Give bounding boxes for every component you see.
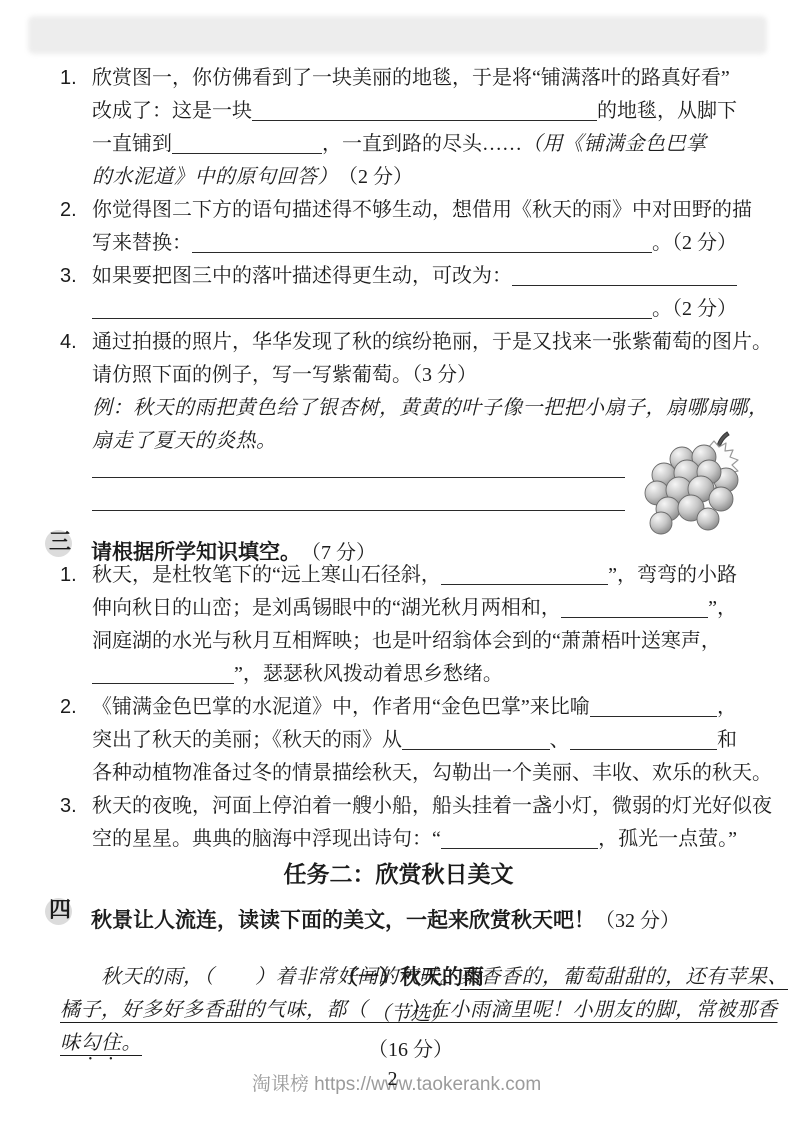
section-four-header: 四 秋景让人流连，读读下面的美文，一起来欣赏秋天吧！ （32 分） <box>47 892 737 927</box>
text-segment: 通过拍摄的照片，华华发现了秋的缤纷艳丽，于是又找来一张紫葡萄的图片。 <box>92 326 772 359</box>
question: 2.你觉得图二下方的语句描述得不够生动，想借用《秋天的雨》中对田野的描写来替换：… <box>60 194 737 260</box>
answer-blank[interactable] <box>590 701 717 717</box>
text-segment: 、 <box>550 724 570 757</box>
question: 3.如果要把图三中的落叶描述得更生动，可改为：。（2 分） <box>60 260 737 326</box>
text-line: 一直铺到，一直到路的尽头……（用《铺满金色巴掌 <box>92 128 737 161</box>
text-segment: 空的星星。典典的脑海中浮现出诗句：“ <box>92 823 441 856</box>
text-segment: 。（2 分） <box>652 227 737 260</box>
text-segment: 各种动植物准备过冬的情景描绘秋天，勾勒出一个美丽、丰收、欢乐的秋天。 <box>92 757 772 790</box>
text-line: 欣赏图一，你仿佛看到了一块美丽的地毯，于是将“铺满落叶的路真好看” <box>92 62 737 95</box>
text-line: 《铺满金色巴掌的水泥道》中，作者用“金色巴掌”来比喻， <box>92 691 737 724</box>
page-number: 2 <box>388 1068 398 1091</box>
text-segment: 突出了秋天的美丽；《秋天的雨》从 <box>92 724 402 757</box>
question-number: 2. <box>60 691 92 790</box>
answer-blank[interactable] <box>402 734 550 750</box>
question: 1.秋天，是杜牧笔下的“远上寒山石径斜，”，弯弯的小路伸向秋日的山峦；是刘禹锡眼… <box>60 559 737 691</box>
question-number: 4. <box>60 326 92 524</box>
text-segment: ，一直到路的尽头…… <box>322 128 522 161</box>
task2-title: 任务二：欣赏秋日美文 <box>60 856 737 892</box>
section-three-questions: 1.秋天，是杜牧笔下的“远上寒山石径斜，”，弯弯的小路伸向秋日的山峦；是刘禹锡眼… <box>60 559 737 856</box>
grape-cluster-illustration <box>630 426 748 538</box>
text-segment: 请仿照下面的例子，写一写紫葡萄。（3 分） <box>92 359 477 392</box>
text-segment: 写来替换： <box>92 227 192 260</box>
section-four-badge: 四 <box>47 892 91 927</box>
text-line: 你觉得图二下方的语句描述得不够生动，想借用《秋天的雨》中对田野的描 <box>92 194 737 227</box>
text-segment: 秋天，是杜牧笔下的“远上寒山石径斜， <box>92 559 441 592</box>
answer-blank[interactable] <box>172 138 322 154</box>
answer-blank[interactable] <box>192 237 652 253</box>
question-body: 你觉得图二下方的语句描述得不够生动，想借用《秋天的雨》中对田野的描写来替换：。（… <box>92 194 737 260</box>
answer-blank[interactable] <box>570 734 718 750</box>
text-segment: ”，弯弯的小路 <box>608 559 737 592</box>
text-line: 。（2 分） <box>92 293 737 326</box>
answer-blank[interactable] <box>92 303 652 319</box>
kai-text-segment: 的水泥道》中的原句回答） <box>92 161 338 194</box>
text-segment: 你觉得图二下方的语句描述得不够生动，想借用《秋天的雨》中对田野的描 <box>92 194 752 227</box>
page-footer: 淘课榜 https://www.taokerank.com 2 <box>0 1069 793 1095</box>
text-segment: 洞庭湖的水光与秋月互相辉映；也是叶绍翁体会到的“萧萧梧叶送寒声， <box>92 625 721 658</box>
text-line: 空的星星。典典的脑海中浮现出诗句：“，孤光一点萤。” <box>92 823 737 856</box>
text-line: 橘子，好多好多香甜的气味，都（ ）在小雨滴里呢！小朋友的脚，常被那香 <box>60 994 737 1027</box>
question-number: 3. <box>60 790 92 856</box>
worksheet-content: 1.欣赏图一，你仿佛看到了一块美丽的地毯，于是将“铺满落叶的路真好看”改成了：这… <box>60 62 737 1060</box>
text-segment: 一直铺到 <box>92 128 172 161</box>
section-three-badge: 三 <box>47 524 91 559</box>
question-number: 3. <box>60 260 92 326</box>
text-line: 通过拍摄的照片，华华发现了秋的缤纷艳丽，于是又找来一张紫葡萄的图片。 <box>92 326 737 359</box>
kai-text-segment: 秋天的雨，（ ）着非常好闻的气味。 <box>60 961 460 994</box>
answer-blank[interactable] <box>252 105 597 121</box>
faded-print-artifact <box>28 16 767 54</box>
underlined-text-segment: 梨香香的，葡萄甜甜的，还有苹果、 <box>460 961 788 994</box>
text-line: 例：秋天的雨把黄色给了银杏树，黄黄的叶子像一把把小扇子，扇哪扇哪， <box>92 392 737 425</box>
answer-blank[interactable] <box>561 602 708 618</box>
dot-emphasis-text-segment: 勾住 <box>81 1027 122 1065</box>
question-body: 欣赏图一，你仿佛看到了一块美丽的地毯，于是将“铺满落叶的路真好看”改成了：这是一… <box>92 62 737 194</box>
question-number: 1. <box>60 559 92 691</box>
text-line: 伸向秋日的山峦；是刘禹锡眼中的“湖光秋月两相和，”， <box>92 592 737 625</box>
text-line: 秋天的夜晚，河面上停泊着一艘小船，船头挂着一盏小灯，微弱的灯光好似夜 <box>92 790 737 823</box>
answer-blank[interactable] <box>441 569 608 585</box>
answer-blank[interactable] <box>92 495 625 511</box>
text-line: ”，瑟瑟秋风拨动着思乡愁绪。 <box>92 658 737 691</box>
answer-blank[interactable] <box>441 833 598 849</box>
question-body: 秋天的夜晚，河面上停泊着一艘小船，船头挂着一盏小灯，微弱的灯光好似夜空的星星。典… <box>92 790 737 856</box>
text-segment: ， <box>717 691 737 724</box>
answer-blank[interactable] <box>512 270 737 286</box>
text-segment: 《铺满金色巴掌的水泥道》中，作者用“金色巴掌”来比喻 <box>92 691 590 724</box>
text-segment: 伸向秋日的山峦；是刘禹锡眼中的“湖光秋月两相和， <box>92 592 561 625</box>
text-segment: 和 <box>717 724 737 757</box>
reading-score: （16 分） <box>368 1039 453 1061</box>
text-segment: （2 分） <box>338 161 413 194</box>
text-line: 突出了秋天的美丽；《秋天的雨》从、和 <box>92 724 737 757</box>
text-line: 请仿照下面的例子，写一写紫葡萄。（3 分） <box>92 359 737 392</box>
question-number: 2. <box>60 194 92 260</box>
question: 2.《铺满金色巴掌的水泥道》中，作者用“金色巴掌”来比喻，突出了秋天的美丽；《秋… <box>60 691 737 790</box>
section-four-number: 四 <box>49 892 71 927</box>
text-segment: 。（2 分） <box>652 293 737 326</box>
text-line: 如果要把图三中的落叶描述得更生动，可改为： <box>92 260 737 293</box>
text-line: 的水泥道》中的原句回答）（2 分） <box>92 161 737 194</box>
text-segment: ，孤光一点萤。” <box>598 823 737 856</box>
text-segment: 的地毯，从脚下 <box>597 95 737 128</box>
kai-text-segment: 扇走了夏天的炎热。 <box>92 425 277 458</box>
section-four-score: （32 分） <box>595 904 680 939</box>
text-line: 洞庭湖的水光与秋月互相辉映；也是叶绍翁体会到的“萧萧梧叶送寒声， <box>92 625 737 658</box>
question: 1.欣赏图一，你仿佛看到了一块美丽的地毯，于是将“铺满落叶的路真好看”改成了：这… <box>60 62 737 194</box>
text-line: 各种动植物准备过冬的情景描绘秋天，勾勒出一个美丽、丰收、欢乐的秋天。 <box>92 757 737 790</box>
text-segment: 改成了：这是一块 <box>92 95 252 128</box>
text-segment: 如果要把图三中的落叶描述得更生动，可改为： <box>92 260 512 293</box>
underlined-text-segment: 橘子，好多好多香甜的气味，都（ ）在小雨滴里呢！小朋友的脚，常被那香 <box>60 994 778 1027</box>
section-three-number: 三 <box>49 524 71 559</box>
kai-text-segment: 例：秋天的雨把黄色给了银杏树，黄黄的叶子像一把把小扇子，扇哪扇哪， <box>92 392 769 425</box>
question: 3.秋天的夜晚，河面上停泊着一艘小船，船头挂着一盏小灯，微弱的灯光好似夜空的星星… <box>60 790 737 856</box>
text-line: 秋天，是杜牧笔下的“远上寒山石径斜，”，弯弯的小路 <box>92 559 737 592</box>
text-line: 改成了：这是一块的地毯，从脚下 <box>92 95 737 128</box>
question-body: 如果要把图三中的落叶描述得更生动，可改为：。（2 分） <box>92 260 737 326</box>
text-segment: ”， <box>708 592 737 625</box>
kai-text-segment: （用《铺满金色巴掌 <box>522 128 707 161</box>
question-body: 《铺满金色巴掌的水泥道》中，作者用“金色巴掌”来比喻，突出了秋天的美丽；《秋天的… <box>92 691 737 790</box>
question-body: 秋天，是杜牧笔下的“远上寒山石径斜，”，弯弯的小路伸向秋日的山峦；是刘禹锡眼中的… <box>92 559 737 691</box>
text-segment: 欣赏图一，你仿佛看到了一块美丽的地毯，于是将“铺满落叶的路真好看” <box>92 62 730 95</box>
question-number: 1. <box>60 62 92 194</box>
answer-blank[interactable] <box>92 462 625 478</box>
underlined-text-segment: 。 <box>122 1027 143 1060</box>
text-segment: ”，瑟瑟秋风拨动着思乡愁绪。 <box>234 658 503 691</box>
text-line: 秋天的雨，（ ）着非常好闻的气味。梨香香的，葡萄甜甜的，还有苹果、 <box>60 961 737 994</box>
text-line: 写来替换：。（2 分） <box>92 227 737 260</box>
text-segment: 秋天的夜晚，河面上停泊着一艘小船，船头挂着一盏小灯，微弱的灯光好似夜 <box>92 790 772 823</box>
section-four-title: 秋景让人流连，读读下面的美文，一起来欣赏秋天吧！ <box>91 903 595 938</box>
worksheet-page: 1.欣赏图一，你仿佛看到了一块美丽的地毯，于是将“铺满落叶的路真好看”改成了：这… <box>0 0 793 1121</box>
underlined-text-segment: 味 <box>60 1027 81 1060</box>
answer-blank[interactable] <box>92 668 234 684</box>
